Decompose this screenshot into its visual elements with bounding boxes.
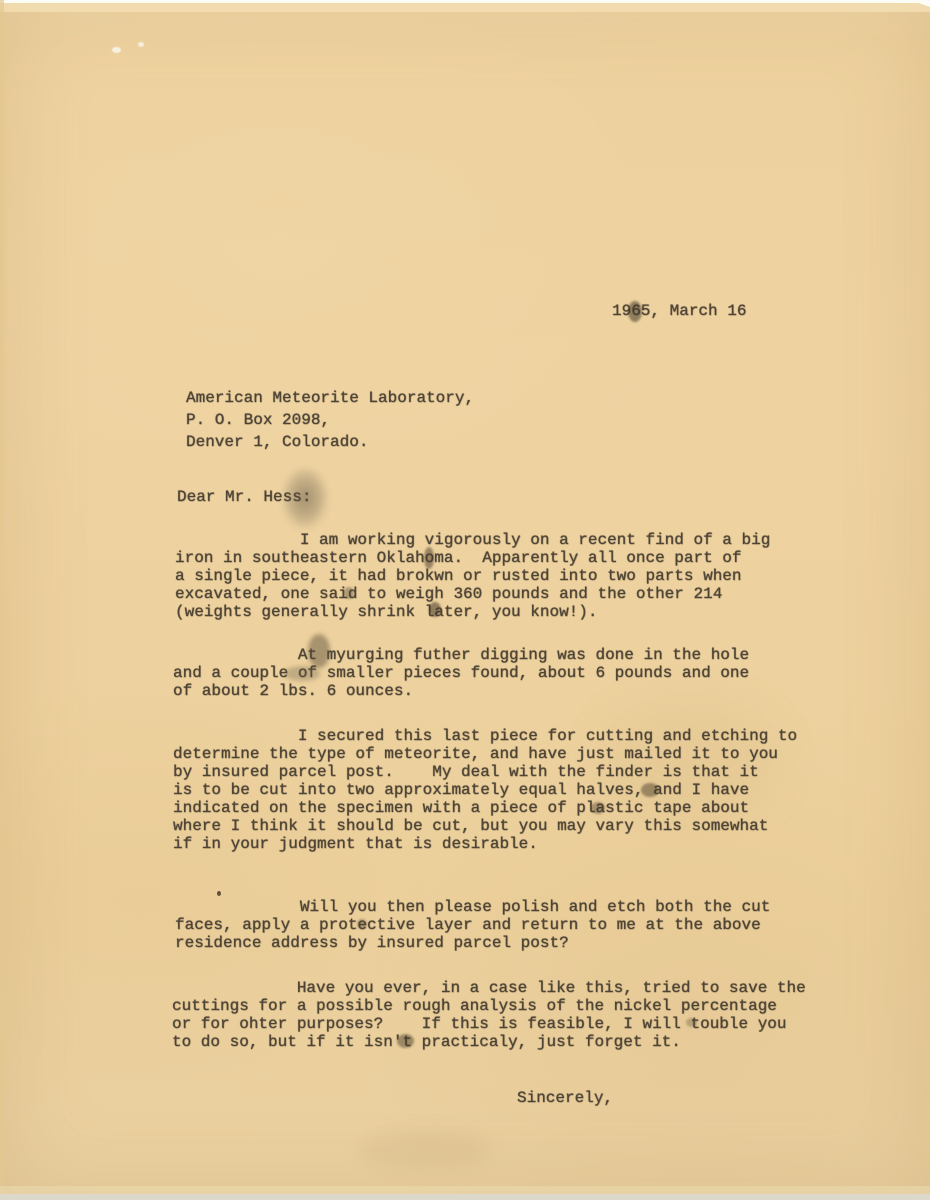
scan-edge-bottom bbox=[0, 1194, 930, 1200]
letter-paragraph-5: Have you ever, in a case like this, trie… bbox=[172, 979, 806, 1051]
paper-speck bbox=[138, 42, 144, 47]
letter-paragraph-4: Will you then please polish and etch bot… bbox=[175, 898, 770, 952]
scan-edge-left bbox=[0, 0, 4, 1200]
salutation: Dear Mr. Hess: bbox=[177, 488, 311, 506]
letter-paragraph-2: At myurging futher digging was done in t… bbox=[173, 646, 749, 700]
letter-date: 1965, March 16 bbox=[612, 302, 746, 320]
letter-paragraph-1: I am working vigorously on a recent find… bbox=[175, 531, 770, 621]
paper-speck bbox=[112, 47, 121, 53]
scan-edge-top-band bbox=[0, 3, 930, 12]
stray-ink-dot bbox=[217, 891, 221, 896]
letter-paragraph-3: I secured this last piece for cutting an… bbox=[173, 727, 797, 853]
scan-corner-notch bbox=[910, 0, 930, 7]
paper-stain bbox=[360, 1130, 490, 1170]
scanned-letter-page: 1965, March 16 American Meteorite Labora… bbox=[0, 0, 930, 1200]
closing: Sincerely, bbox=[517, 1089, 613, 1107]
recipient-address: American Meteorite Laboratory, P. O. Box… bbox=[186, 387, 474, 453]
scan-edge-bottom-band bbox=[0, 1186, 930, 1194]
